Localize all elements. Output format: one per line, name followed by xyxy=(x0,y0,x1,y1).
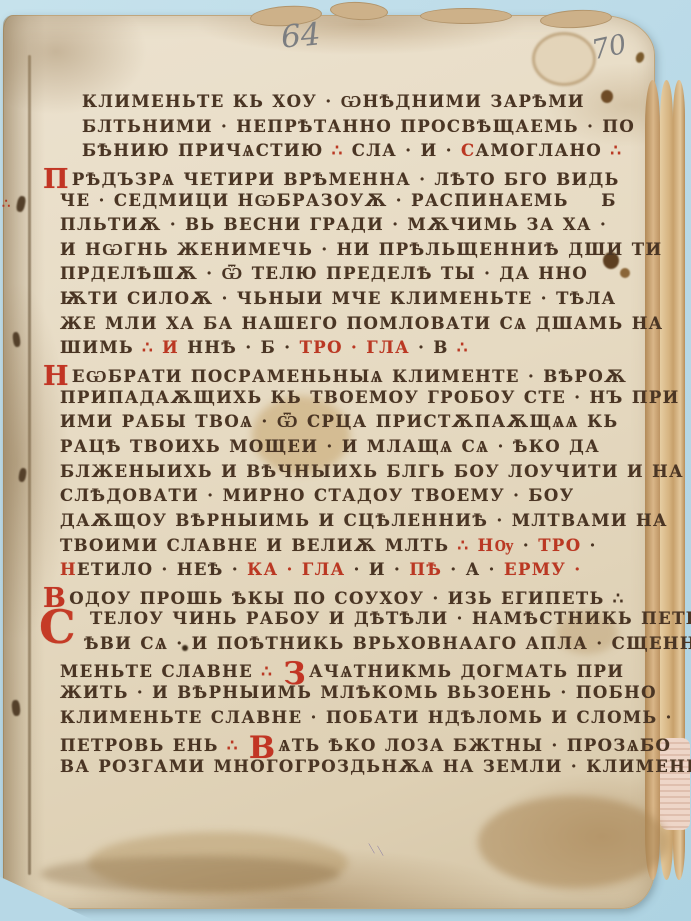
text-segment: КА · ГЛА xyxy=(247,560,353,579)
text-segment: АЧѦТНИКМЬ ДОГМАТЬ ПРИ xyxy=(309,662,624,681)
text-line: ТЕЛОУ ЧИНЬ РАБОУ И ДѢТѢЛИ · НАМѢСТНИКЬ П… xyxy=(60,609,635,634)
text-line: ЖИТЬ · И ВѢРНЫИМЬ МЛѢКОМЬ ВЬЗОЕНЬ · ПОБН… xyxy=(60,683,635,708)
text-segment: ОДОУ ПРОШЬ ѢКЫ ПО СОУХОУ · ИЗЬ ЕГИПЕТЬ ∴ xyxy=(69,589,624,608)
text-line: КЛИМЕНЬТЕ КЬ ХОУ · ѠНѢДНИМИ ЗАРѢМИ xyxy=(60,92,635,117)
text-segment: ПѢ xyxy=(409,560,450,579)
text-segment: ЖЕ МЛИ ХА БА НАШЕГО ПОМЛОВАТИ СѦ ДШАМЬ Н… xyxy=(60,314,664,333)
text-segment: ПЕТРОВЬ ЕНЬ xyxy=(60,736,227,755)
text-segment: РѢДЪЗРѦ ЧЕТИРИ ВРѢМЕННА · ЛѢТО БГО ВИДЬ xyxy=(72,170,620,189)
text-line: КЛИМЕНЬТЕ СЛАВНЕ · ПОБАТИ НДѢЛОМЬ И СЛОМ… xyxy=(60,708,635,733)
text-segment: · В xyxy=(418,338,457,357)
text-segment: ∴ xyxy=(610,141,622,160)
text-segment: ѦТЬ ѢКО ЛОЗА БЖТНЫ · ПРОЗѦБО xyxy=(279,736,672,755)
text-segment: КЛИМЕНЬТЕ СЛАВНЕ · ПОБАТИ НДѢЛОМЬ И СЛОМ… xyxy=(60,708,673,727)
binding-shadow xyxy=(3,15,45,905)
torn-edge xyxy=(420,8,512,24)
text-segment: МЕНЬТЕ СЛАВНЕ xyxy=(60,662,261,681)
text-line: НЕѠБРАТИ ПОСРАМЕНЬНЫѦ КЛИМЕНТЕ · ВѢРОѪ xyxy=(60,363,635,388)
text-segment: ЕТИЛО · НЕѢ · xyxy=(77,560,247,579)
text-segment: · xyxy=(590,536,597,555)
text-segment: БЛТЬНИМИ · НЕПРѢТАННО ПРОСВѢЩАЕМЬ · ПО xyxy=(82,117,635,136)
text-segment: ∴ И xyxy=(142,338,187,357)
text-segment: ЧЕ · СЕДМИЦИ НѠБРАЗОУѪ · РАСПИНАЕМЬ Б xyxy=(60,191,617,210)
text-segment: ЖИТЬ · И ВѢРНЫИМЬ МЛѢКОМЬ ВЬЗОЕНЬ · ПОБН… xyxy=(60,683,657,702)
text-segment: ∴ xyxy=(457,338,469,357)
text-line: НЕТИЛО · НЕѢ · КА · ГЛА · И · ПѢ · А · Е… xyxy=(60,560,635,585)
text-line: ѬТИ СИЛОѪ · ЧЬНЫИ МЧЕ КЛИМЕНЬТЕ · ТѢЛА xyxy=(60,289,635,314)
text-line: ДАѪЩОУ ВѢРНЫИМЬ И СЦѢЛЕННИѢ · МЛТВАМИ НА xyxy=(60,511,635,536)
text-segment: ПРДЕЛѢШѪ · Ѿ ТЕЛЮ ПРЕДЕЛѢ ТЫ · ДА ННО xyxy=(60,264,588,283)
text-segment: ѬТИ СИЛОѪ · ЧЬНЫИ МЧЕ КЛИМЕНЬТЕ · ТѢЛА xyxy=(60,289,617,308)
text-line: ТВОИМИ СЛАВНЕ И ВЕЛИѪ МЛТЬ ∴ НѸ · ТРО · xyxy=(60,536,635,561)
text-segment: С xyxy=(461,141,476,160)
text-segment: ∴ НѸ xyxy=(458,536,523,555)
text-line: И НѠГНЬ ЖЕНИМЕЧЬ · НИ ПРѢЛЬЩЕННИѢ ДШИ ТИ xyxy=(60,240,635,265)
text-line: ВА РОЗГАМИ МНОГОГРОЗДЬНѪѦ НА ЗЕМЛИ · КЛИ… xyxy=(60,757,635,782)
text-line: БЛЖЕНЫИХЬ И ВѢЧНЫИХЬ БЛГЬ БОУ ЛОУЧИТИ И … xyxy=(60,462,635,487)
text-segment: ТРО xyxy=(538,536,589,555)
text-segment: КЛИМЕНЬТЕ КЬ ХОУ · ѠНѢДНИМИ ЗАРѢМИ xyxy=(82,92,585,111)
text-segment: · xyxy=(523,536,538,555)
text-line: ПРѢДЪЗРѦ ЧЕТИРИ ВРѢМЕННА · ЛѢТО БГО ВИДЬ xyxy=(60,166,635,191)
text-line: ѢВИ СѦ · И ПОѢТНИКЬ ВРЬХОВНААГО АПЛА · С… xyxy=(60,634,635,659)
text-line: РАЦѢ ТВОИХЬ МОЩЕИ · И МЛАЩѦ СѦ · ѢКО ДА xyxy=(60,437,635,462)
text-segment: · И · xyxy=(354,560,410,579)
text-line: ВОДОУ ПРОШЬ ѢКЫ ПО СОУХОУ · ИЗЬ ЕГИПЕТЬ … xyxy=(60,585,635,610)
binding-crease xyxy=(28,55,31,875)
folio-number-left: 64 xyxy=(280,16,322,55)
rubric-initial: В xyxy=(43,583,67,614)
text-segment: ∴ xyxy=(227,736,247,755)
text-line: БѢНИЮ ПРИЧѦСТИЮ ∴ СЛА · И · САМОГЛАНО ∴ xyxy=(60,141,635,166)
text-segment: СЛѢДОВАТИ · МИРНО СТАДОУ ТВОЕМУ · БОУ xyxy=(60,486,575,505)
text-segment: ПРИПАДАѪЩИХЬ КЬ ТВОЕМОУ ГРОБОУ СТЕ · НЪ … xyxy=(60,388,680,407)
text-segment: АМОГЛАНО xyxy=(476,141,611,160)
text-segment: ∴ xyxy=(261,662,281,681)
text-line: МЕНЬТЕ СЛАВНЕ ∴ ЗАЧѦТНИКМЬ ДОГМАТЬ ПРИ xyxy=(60,659,635,684)
text-line: БЛТЬНИМИ · НЕПРѢТАННО ПРОСВѢЩАЕМЬ · ПО xyxy=(60,117,635,142)
text-line: ПЕТРОВЬ ЕНЬ ∴ ВѦТЬ ѢКО ЛОЗА БЖТНЫ · ПРОЗ… xyxy=(60,733,635,758)
text-segment: ДАѪЩОУ ВѢРНЫИМЬ И СЦѢЛЕННИѢ · МЛТВАМИ НА xyxy=(60,511,668,530)
text-segment: ННѢ · Б · xyxy=(187,338,299,357)
text-line: ЧЕ · СЕДМИЦИ НѠБРАЗОУѪ · РАСПИНАЕМЬ Б xyxy=(60,191,635,216)
text-segment: ТРО · ГЛА xyxy=(300,338,418,357)
text-segment: ЕРМУ · xyxy=(504,560,582,579)
text-line: ПЛЬТИѪ · ВЬ ВЕСНИ ГРАДИ · МѪЧИМЬ ЗА ХА · xyxy=(60,215,635,240)
text-segment: ∴ xyxy=(332,141,352,160)
margin-rubric-mark: ∴ xyxy=(2,197,10,212)
text-segment: СЛА · И · xyxy=(352,141,461,160)
text-line: ЖЕ МЛИ ХА БА НАШЕГО ПОМЛОВАТИ СѦ ДШАМЬ Н… xyxy=(60,314,635,339)
text-line: ИМИ РАБЫ ТВОѦ · Ѿ СРЦА ПРИСТѪПАѪЩѦѦ КЬ xyxy=(60,412,635,437)
text-segment: ВА РОЗГАМИ МНОГОГРОЗДЬНѪѦ НА ЗЕМЛИ · КЛИ… xyxy=(60,757,691,776)
manuscript-text: КЛИМЕНЬТЕ КЬ ХОУ · ѠНѢДНИМИ ЗАРѢМИБЛТЬНИ… xyxy=(60,92,635,782)
text-line: ШИМЬ ∴ И ННѢ · Б · ТРО · ГЛА · В ∴ xyxy=(60,338,635,363)
text-segment: ТВОИМИ СЛАВНЕ И ВЕЛИѪ МЛТЬ xyxy=(60,536,458,555)
text-segment: И НѠГНЬ ЖЕНИМЕЧЬ · НИ ПРѢЛЬЩЕННИѢ ДШИ ТИ xyxy=(60,240,662,259)
text-line: ПРДЕЛѢШѪ · Ѿ ТЕЛЮ ПРЕДЕЛѢ ТЫ · ДА ННО xyxy=(60,264,635,289)
text-segment: ПЛЬТИѪ · ВЬ ВЕСНИ ГРАДИ · МѪЧИМЬ ЗА ХА · xyxy=(60,215,607,234)
text-segment: Н xyxy=(60,560,77,579)
text-segment: РАЦѢ ТВОИХЬ МОЩЕИ · И МЛАЩѦ СѦ · ѢКО ДА xyxy=(60,437,600,456)
text-segment: ШИМЬ xyxy=(60,338,142,357)
text-line: ПРИПАДАѪЩИХЬ КЬ ТВОЕМОУ ГРОБОУ СТЕ · НЪ … xyxy=(60,388,635,413)
text-segment: БѢНИЮ ПРИЧѦСТИЮ xyxy=(82,141,332,160)
text-segment: ѢВИ СѦ · И ПОѢТНИКЬ ВРЬХОВНААГО АПЛА · С… xyxy=(84,634,691,653)
text-segment: ТЕЛОУ ЧИНЬ РАБОУ И ДѢТѢЛИ · НАМѢСТНИКЬ П… xyxy=(90,609,691,628)
text-segment: ЕѠБРАТИ ПОСРАМЕНЬНЫѦ КЛИМЕНТЕ · ВѢРОѪ xyxy=(72,367,627,386)
text-segment: · А · xyxy=(450,560,504,579)
text-segment: БЛЖЕНЫИХЬ И ВѢЧНЫИХЬ БЛГЬ БОУ ЛОУЧИТИ И … xyxy=(60,462,684,481)
text-line: СЛѢДОВАТИ · МИРНО СТАДОУ ТВОЕМУ · БОУ xyxy=(60,486,635,511)
text-segment: ИМИ РАБЫ ТВОѦ · Ѿ СРЦА ПРИСТѪПАѪЩѦѦ КЬ xyxy=(60,412,619,431)
